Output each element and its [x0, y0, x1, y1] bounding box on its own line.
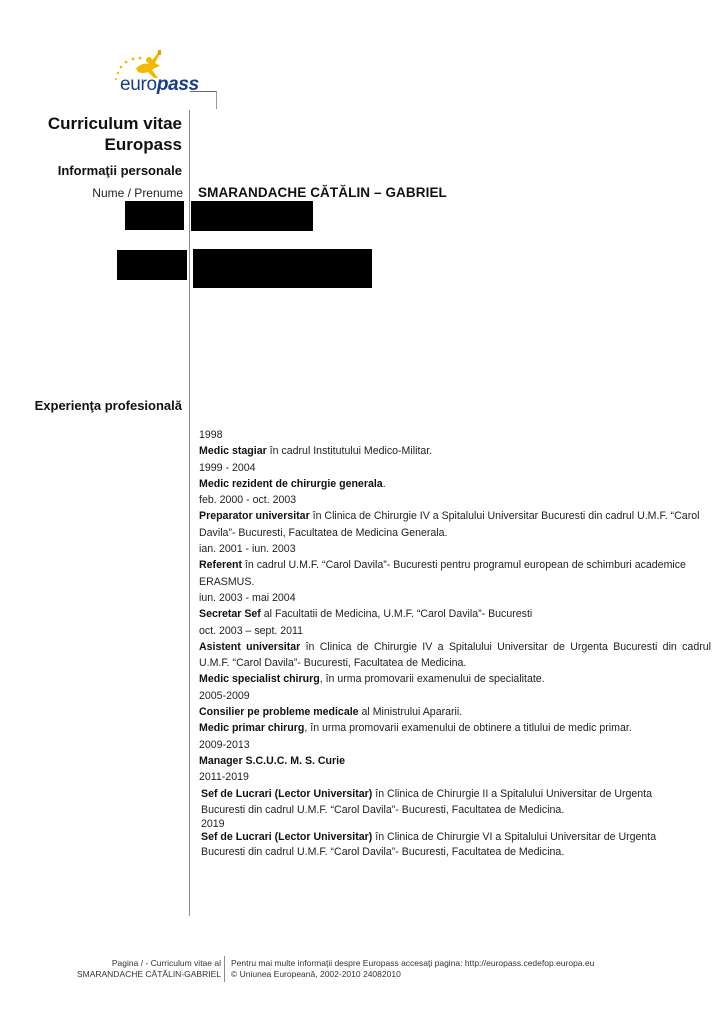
experience-item: Sef de Lucrari (Lector Universitar) în C…: [201, 786, 686, 819]
redacted-value-2: [193, 249, 372, 288]
experience-item: Referent în cadrul U.M.F. “Carol Davila”…: [199, 557, 699, 590]
experience-date: 2009-2013: [199, 737, 711, 753]
footer-divider: [224, 956, 225, 982]
experience-date: iun. 2003 - mai 2004: [199, 590, 711, 606]
redacted-label-1: [125, 201, 184, 230]
footer-info: Pentru mai multe informaţii despre Europ…: [231, 958, 594, 980]
experience-date: feb. 2000 - oct. 2003: [199, 492, 711, 508]
experience-item: Sef de Lucrari (Lector Universitar) în C…: [201, 830, 676, 860]
experience-item: Manager S.C.U.C. M. S. Curie: [199, 753, 711, 769]
name-value: SMARANDACHE CĂTĂLIN – GABRIEL: [198, 185, 447, 200]
footer-owner-name: SMARANDACHE CĂTĂLIN-GABRIEL: [77, 969, 221, 980]
experience-date: 1998: [199, 427, 711, 443]
experience-date: 2011-2019: [199, 769, 711, 785]
experience-date: 2005-2009: [199, 688, 711, 704]
experience-item: Preparator universitar în Clinica de Chi…: [199, 508, 711, 541]
experience-date: ian. 2001 - iun. 2003: [199, 541, 711, 557]
redacted-value-1: [191, 201, 313, 231]
experience-item: Medic primar chirurg, în urma promovarii…: [199, 720, 711, 736]
footer-copyright: © Uniunea Europeană, 2002-2010 24082010: [231, 969, 594, 980]
experience-list: 1998 Medic stagiar în cadrul Institutulu…: [199, 427, 711, 860]
title-line-1: Curriculum vitae: [48, 113, 182, 134]
experience-item: Asistent universitar în Clinica de Chiru…: [199, 639, 711, 672]
footer-page-label: Pagina / - Curriculum vitae al: [77, 958, 221, 969]
column-divider: [189, 110, 190, 916]
experience-heading: Experienţa profesională: [35, 398, 182, 413]
experience-date: oct. 2003 – sept. 2011: [199, 623, 711, 639]
experience-item: Medic specialist chirurg, în urma promov…: [199, 671, 711, 687]
personal-info-heading: Informaţii personale: [58, 163, 182, 178]
experience-item: Medic stagiar în cadrul Institutului Med…: [199, 443, 711, 459]
europass-logo: europass: [108, 50, 218, 98]
experience-item: Consilier pe probleme medicale al Minist…: [199, 704, 711, 720]
experience-item: Medic rezident de chirurgie generala.: [199, 476, 711, 492]
footer-page-info: Pagina / - Curriculum vitae al SMARANDAC…: [77, 958, 221, 980]
experience-date: 2019: [201, 818, 711, 830]
name-label: Nume / Prenume: [92, 186, 183, 200]
document-title: Curriculum vitae Europass: [48, 113, 182, 155]
title-line-2: Europass: [48, 134, 182, 155]
footer-europass-link-text: Pentru mai multe informaţii despre Europ…: [231, 958, 594, 969]
logo-rule: [190, 91, 217, 92]
logo-wordmark: europass: [120, 74, 199, 96]
redacted-label-2: [117, 250, 187, 280]
experience-item: Secretar Sef al Facultatii de Medicina, …: [199, 606, 711, 622]
logo-rule-vertical: [216, 91, 217, 109]
experience-date: 1999 - 2004: [199, 460, 711, 476]
